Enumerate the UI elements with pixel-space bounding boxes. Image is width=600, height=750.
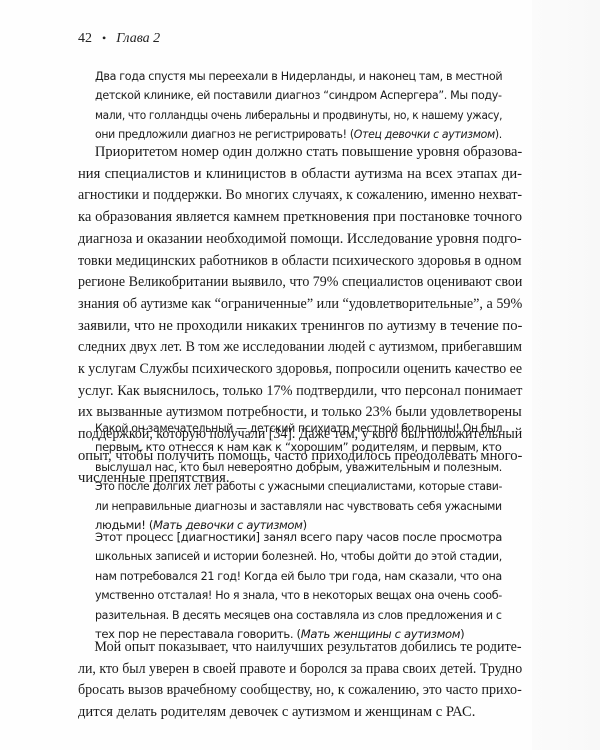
running-head: 42•Глава 2 bbox=[78, 30, 160, 47]
text-line: мали, что голландцы очень либеральны и п… bbox=[95, 106, 466, 125]
text-line: знания об аутизме как “ограниченные” или… bbox=[78, 294, 509, 316]
text-line: дится делать родителям девочек с аутизмо… bbox=[78, 702, 522, 724]
text-line: выслушал нас, кто был невероятно добрым,… bbox=[95, 458, 485, 477]
text-line: ли, кто был уверен в своей правоте и бор… bbox=[78, 659, 501, 681]
text-line: агностики и поддержки. Во многих случаях… bbox=[78, 185, 503, 207]
text-line: умственно отсталая! Но я знала, что в не… bbox=[95, 586, 485, 605]
bullet-separator: • bbox=[102, 31, 106, 45]
text-line: товки медицинских работников в области п… bbox=[78, 251, 507, 273]
quote-mother-girl: Какой он замечательный — детский психиат… bbox=[95, 419, 502, 535]
text-line: бросать вызов врачебному сообществу, но,… bbox=[78, 680, 506, 702]
text-line: Этот процесс [диагностики] занял всего п… bbox=[95, 528, 502, 547]
text-line: диагноза и оказании необходимой помощи. … bbox=[78, 229, 515, 251]
body-paragraph-2: Мой опыт показывает, что наилучших резул… bbox=[78, 637, 522, 724]
text-line: детской клинике, ей поставили диагноз “с… bbox=[95, 86, 485, 105]
text-line: регионе Великобритании выявило, что 79% … bbox=[78, 272, 504, 294]
text-line: следних двух лет. В том же исследовании … bbox=[78, 337, 503, 359]
quote-source: Отец девочки с аутизмом bbox=[354, 127, 495, 141]
text-line: ния специалистов и клиницистов в области… bbox=[78, 164, 522, 186]
text-line: Это после долгих лет работы с ужасными с… bbox=[95, 477, 476, 496]
text-line: нам потребовался 21 год! Когда ей было т… bbox=[95, 567, 487, 586]
text-line: ли неправильные диагнозы и заставляли на… bbox=[95, 497, 477, 516]
text-line: Мой опыт показывает, что наилучших резул… bbox=[78, 637, 507, 659]
text-line: разительная. В десять месяцев она состав… bbox=[95, 606, 483, 625]
text-line: Два года спустя мы переехали в Нидерланд… bbox=[95, 67, 486, 86]
quote-father: Два года спустя мы переехали в Нидерланд… bbox=[95, 67, 502, 145]
text-line: Приоритетом номер один должно стать повы… bbox=[78, 142, 519, 164]
text-line: услуг. Как выяснилось, только 17% подтве… bbox=[78, 381, 513, 403]
text-line: школьных записей и истории болезней. Но,… bbox=[95, 547, 483, 566]
quote-mother-woman: Этот процесс [диагностики] занял всего п… bbox=[95, 528, 502, 644]
text-line: Какой он замечательный — детский психиат… bbox=[95, 419, 478, 438]
book-page: 42•Глава 2 Два года спустя мы переехали … bbox=[0, 0, 600, 750]
page-edge-shadow bbox=[532, 0, 600, 750]
text-line: к услугам Службы психического здоровья, … bbox=[78, 359, 502, 381]
page-number: 42 bbox=[78, 31, 92, 46]
chapter-title: Глава 2 bbox=[116, 31, 160, 46]
text-line: заявили, что не проходили никаких тренин… bbox=[78, 316, 522, 338]
text-line: первым, кто отнесся к нам как к “хорошим… bbox=[95, 438, 496, 457]
text-line: ка образования является камнем преткнове… bbox=[78, 207, 522, 229]
